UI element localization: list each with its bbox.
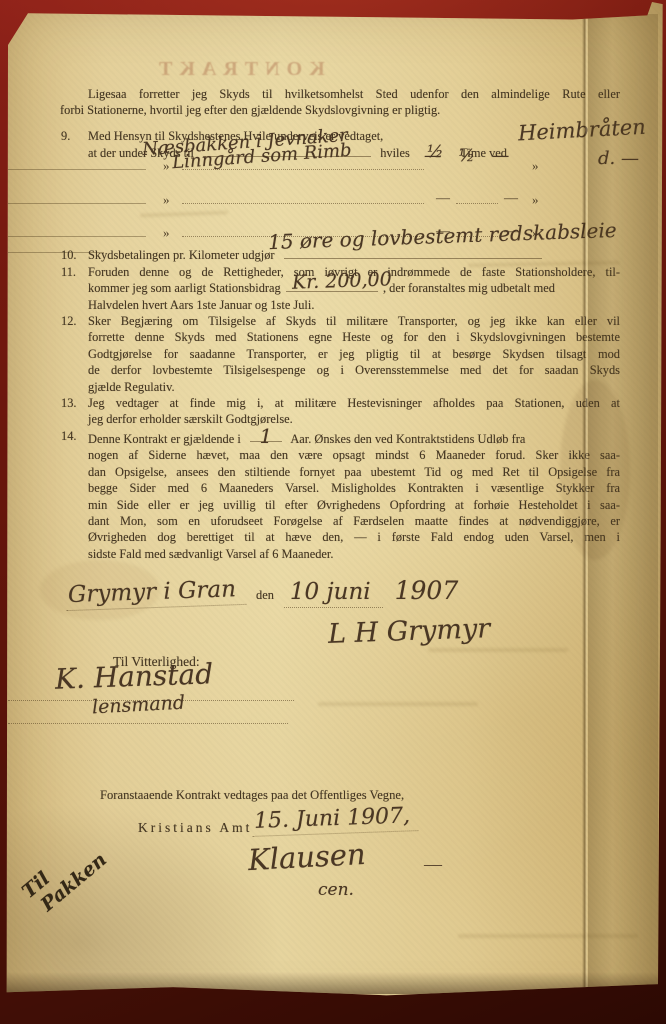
paper-bottom-shadow (0, 972, 666, 994)
clause-line: Jeg vedtager at finde mig i, at militære… (88, 395, 620, 411)
clause-12: 12. Sker Begjæring om Tilsigelse af Skyd… (88, 313, 620, 395)
place-date-line: Grymyr i Gran den 10 juni 1907 (66, 576, 458, 608)
witness-signature: K. Hanstad (54, 657, 213, 695)
approval-statement: Foranstaaende Kontrakt vedtages paa det … (100, 787, 404, 803)
printed-den-label: den (256, 588, 274, 602)
clause-line: sidste Fald med sædvanligt Varsel af 6 M… (88, 546, 620, 562)
handwritten-place: Grymyr i Gran (66, 576, 247, 611)
bleed-through-kontrakt-heading: KONTRAKT (152, 58, 325, 81)
clause-line: Sker Begjæring om Tilsigelse af Skyds ti… (88, 313, 620, 329)
clause-text: Skydsbetalingen pr. Kilometer udgjør (88, 248, 275, 262)
clause-text: Aar. Ønskes den ved Kontraktstidens Udlø… (290, 432, 525, 446)
handwritten-year: 1907 (395, 576, 459, 605)
guillemet-mark: » (163, 192, 170, 208)
clause-line: Halvdelen hvert Aars 1ste Januar og 1ste… (88, 297, 620, 313)
clause-number: 12. (61, 313, 85, 329)
corner-note: Til Pakken (18, 832, 111, 920)
fold-crease (582, 14, 588, 994)
guillemet-mark: » (163, 225, 170, 241)
handwritten-date: 10 juni (284, 579, 383, 608)
intro-line: Ligesaa forretter jeg Skyds til hvilkets… (60, 86, 620, 102)
ruled-line (8, 169, 146, 170)
ruled-line (456, 203, 498, 204)
clause-line: Godtgjørelse for saadanne Transporter, e… (88, 346, 620, 362)
ruled-line (182, 203, 424, 204)
folded-page-edge (588, 14, 658, 992)
clause-number: 11. (61, 264, 85, 280)
clause-number: 9. (61, 128, 85, 144)
clause-line: begge Sider med 6 Maaneders Varsel. Misl… (88, 480, 620, 496)
handwritten-years: 1 (260, 424, 273, 448)
dash-mark: — (504, 191, 518, 207)
guillemet-mark: » (163, 158, 170, 174)
clause-line: nogen af Siderne hævet, maa den være ops… (88, 447, 620, 463)
clause-14: 14. Denne Kontrakt er gjældende i 1 Aar.… (88, 428, 620, 562)
guillemet-mark: » (532, 158, 539, 174)
clause-line: dan Opsigelse, ansees den stiltiende for… (88, 464, 620, 480)
guillemet-mark: » (532, 192, 539, 208)
clause-text: kommer jeg som aarligt Stationsbidrag (88, 281, 281, 295)
clause-text: Denne Kontrakt er gjældende i (88, 432, 241, 446)
clause-line-fill: Denne Kontrakt er gjældende i 1 Aar. Øns… (88, 428, 620, 447)
official-signature: Klausen (247, 837, 366, 877)
clause-line: jeg derfor erholder særskilt Godtgjørels… (88, 411, 620, 427)
handwritten-approval-date: 15. Juni 1907, (252, 803, 419, 837)
clause-text: hviles (380, 146, 410, 160)
handwritten-amount: Kr. 200,00 (292, 268, 392, 293)
clause-line: forrette denne Skyds med Stationens egne… (88, 329, 620, 345)
ruled-line (8, 236, 146, 237)
intro-paragraph: Ligesaa forretter jeg Skyds til hvilkets… (60, 86, 620, 119)
ruled-line (8, 203, 146, 204)
clause-text: , der foranstaltes mig udbetalt med (383, 281, 555, 295)
amt-label: Kristians Amt (138, 820, 252, 836)
clause-line: de derfor lovbestemte Tilsigelsespenge o… (88, 362, 620, 378)
clause-number: 13. (61, 395, 85, 411)
paper-sheet: KONTRAKT Ligesaa forretter jeg Skyds til… (0, 0, 666, 1024)
intro-line: forbi Stationerne, hvortil jeg efter den… (60, 102, 620, 118)
clause-line: Øvrigheden dog berettiget til at hæve de… (88, 529, 620, 545)
photograph-of-contract: KONTRAKT Ligesaa forretter jeg Skyds til… (0, 0, 666, 1024)
witness-title: lensmand (91, 692, 185, 719)
clause-13: 13. Jeg vedtager at finde mig i, at mili… (88, 395, 620, 428)
signature-line (8, 723, 288, 724)
signature-flourish: — (424, 854, 442, 875)
bleed-through-line (318, 702, 478, 706)
clause-line: dant Mon, som en uforudseet Forøgelse af… (88, 513, 620, 529)
dash-mark: — (436, 191, 450, 207)
clause-number: 14. (61, 428, 85, 444)
clause-line: gjælde Regulativ. (88, 379, 620, 395)
clause-line: min Side eller er jeg uvillig til efter … (88, 497, 620, 513)
official-signature-note: cen. (318, 880, 354, 900)
contractor-signature: L H Grymyr (328, 613, 491, 650)
clause-number: 10. (61, 247, 85, 263)
bleed-through-line (428, 648, 568, 652)
handwritten-hours-marks: — ½ — (424, 146, 515, 166)
fill-line: 1 (250, 428, 282, 442)
bleed-through-line (140, 210, 228, 217)
